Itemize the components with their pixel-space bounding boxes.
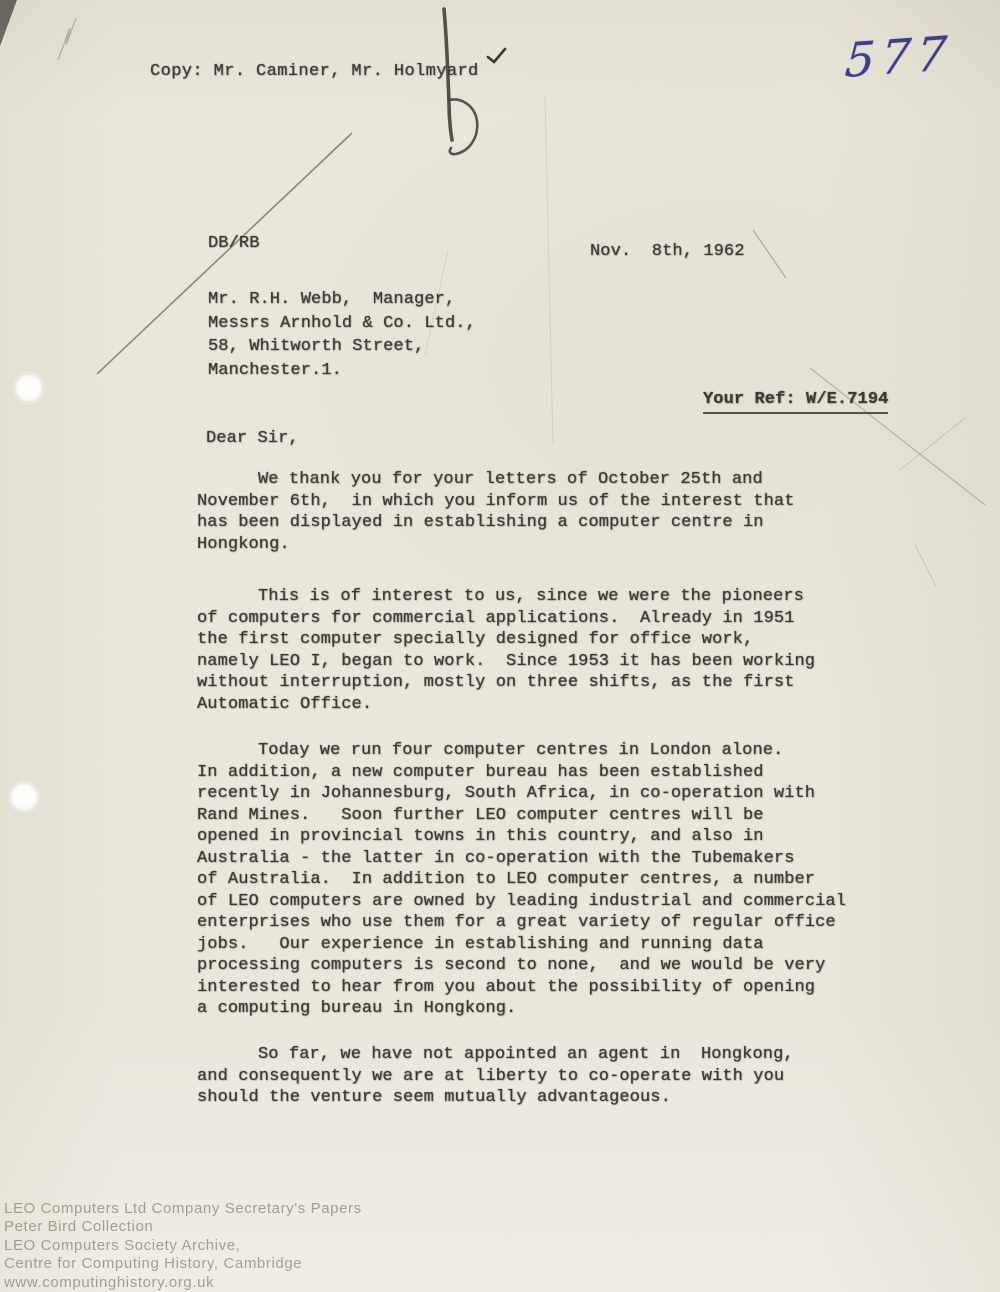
text-line: In addition, a new computer bureau has b… bbox=[197, 762, 846, 784]
text-line: We thank you for your letters of October… bbox=[197, 469, 795, 491]
text-line: opened in provincial towns in this count… bbox=[197, 826, 846, 848]
paragraph-3: Today we run four computer centres in Lo… bbox=[197, 740, 846, 1020]
text-line: jobs. Our experience in establishing and… bbox=[197, 934, 846, 956]
text-line: Australia - the latter in co-operation w… bbox=[197, 848, 846, 870]
letter-page: Copy: Mr. Caminer, Mr. Holmyard 577 DB/R… bbox=[0, 0, 1000, 1292]
handwritten-loop-bowl bbox=[449, 99, 477, 154]
text-line: Automatic Office. bbox=[197, 694, 815, 716]
hole-punch-top bbox=[14, 373, 44, 403]
your-ref: Your Ref: W/E.7194 bbox=[703, 389, 888, 414]
crease-line-right bbox=[915, 545, 936, 586]
text-line: Mr. R.H. Webb, Manager, bbox=[208, 288, 476, 312]
text-line: without interruption, mostly on three sh… bbox=[197, 672, 815, 694]
crease-line-ref-2 bbox=[900, 418, 965, 470]
text-line: a computing bureau in Hongkong. bbox=[197, 998, 846, 1020]
text-line: This is of interest to us, since we were… bbox=[197, 586, 815, 608]
paragraph-4: So far, we have not appointed an agent i… bbox=[197, 1044, 794, 1109]
text-line: interested to hear from you about the po… bbox=[197, 977, 846, 999]
text-line: LEO Computers Ltd Company Secretary's Pa… bbox=[4, 1200, 362, 1218]
recipient-address: Mr. R.H. Webb, Manager,Messrs Arnhold & … bbox=[208, 288, 476, 382]
text-line: enterprises who use them for a great var… bbox=[197, 912, 846, 934]
paragraph-1: We thank you for your letters of October… bbox=[197, 469, 795, 555]
text-line: Today we run four computer centres in Lo… bbox=[197, 740, 846, 762]
text-line: the first computer specially designed fo… bbox=[197, 629, 815, 651]
text-line: Rand Mines. Soon further LEO computer ce… bbox=[197, 805, 846, 827]
corner-squiggle-mark bbox=[58, 18, 76, 60]
date-line: Nov. 8th, 1962 bbox=[590, 241, 745, 263]
text-line: Peter Bird Collection bbox=[4, 1218, 362, 1236]
text-line: Manchester.1. bbox=[208, 359, 476, 383]
text-line: recently in Johannesburg, South Africa, … bbox=[197, 783, 846, 805]
text-line: of LEO computers are owned by leading in… bbox=[197, 891, 846, 913]
crease-line-date bbox=[753, 230, 786, 278]
text-line: 58, Whitworth Street, bbox=[208, 335, 476, 359]
page-number: 577 bbox=[843, 26, 954, 89]
text-line: Centre for Computing History, Cambridge bbox=[4, 1255, 362, 1273]
text-line: has been displayed in establishing a com… bbox=[197, 512, 795, 534]
sender-reference: DB/RB bbox=[208, 233, 260, 255]
text-line: and consequently we are at liberty to co… bbox=[197, 1066, 794, 1088]
archive-watermark: LEO Computers Ltd Company Secretary's Pa… bbox=[4, 1200, 362, 1292]
check-icon bbox=[488, 49, 505, 62]
text-line: of computers for commercial applications… bbox=[197, 608, 815, 630]
text-line: processing computers is second to none, … bbox=[197, 955, 846, 977]
paragraph-2: This is of interest to us, since we were… bbox=[197, 586, 815, 715]
corner-mark bbox=[0, 0, 17, 46]
text-line: LEO Computers Society Archive, bbox=[4, 1237, 362, 1255]
salutation: Dear Sir, bbox=[206, 428, 299, 450]
text-line: Hongkong. bbox=[197, 534, 795, 556]
text-line: Messrs Arnhold & Co. Ltd., bbox=[208, 312, 476, 336]
text-line: namely LEO I, began to work. Since 1953 … bbox=[197, 651, 815, 673]
text-line: November 6th, in which you inform us of … bbox=[197, 491, 795, 513]
text-line: of Australia. In addition to LEO compute… bbox=[197, 869, 846, 891]
text-line: So far, we have not appointed an agent i… bbox=[197, 1044, 794, 1066]
hole-punch-bottom bbox=[9, 782, 39, 812]
fold-line-center bbox=[545, 95, 553, 445]
copy-line: Copy: Mr. Caminer, Mr. Holmyard bbox=[150, 61, 479, 83]
text-line: www.computinghistory.org.uk bbox=[4, 1274, 362, 1292]
text-line: should the venture seem mutually advanta… bbox=[197, 1087, 794, 1109]
